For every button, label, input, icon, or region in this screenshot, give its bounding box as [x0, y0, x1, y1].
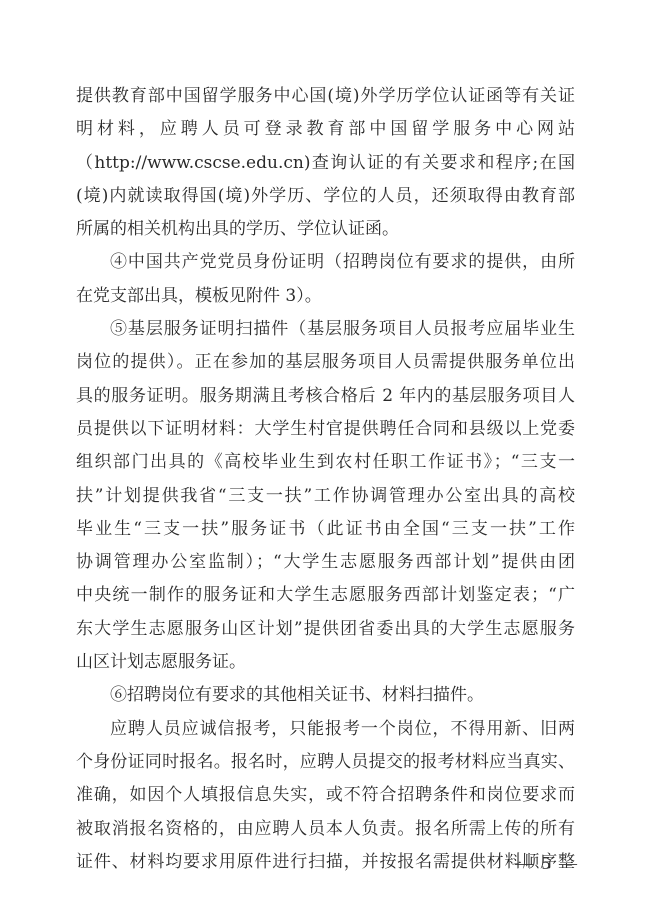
text-line: 山区计划志愿服务证。 — [76, 646, 575, 679]
text-line: 个身份证同时报名。报名时，应聘人员提交的报考材料应当真实、 — [76, 746, 575, 779]
text-line: 具的服务证明。服务期满且考核合格后 2 年内的基层服务项目人 — [76, 380, 575, 413]
text-line: ⑥招聘岗位有要求的其他相关证书、材料扫描件。 — [76, 679, 575, 712]
text-line: 证件、材料均要求用原件进行扫描，并按报名需提供材料顺序整 — [76, 846, 575, 879]
text-line: 被取消报名资格的，由应聘人员本人负责。报名所需上传的所有 — [76, 813, 575, 846]
text-line: 准确，如因个人填报信息失实，或不符合招聘条件和岗位要求而 — [76, 779, 575, 812]
text-line: ⑤基层服务证明扫描件（基层服务项目人员报考应届毕业生 — [76, 313, 575, 346]
text-line: 应聘人员应诚信报考，只能报考一个岗位，不得用新、旧两 — [76, 713, 575, 746]
document-body: 提供教育部中国留学服务中心国(境)外学历学位认证函等有关证明材料，应聘人员可登录… — [76, 80, 575, 879]
text-line: 岗位的提供）。正在参加的基层服务项目人员需提供服务单位出 — [76, 346, 575, 379]
text-line: 毕业生“三支一扶”服务证书（此证书由全国“三支一扶”工作 — [76, 513, 575, 546]
text-line: 员提供以下证明材料：大学生村官提供聘任合同和县级以上党委 — [76, 413, 575, 446]
text-line: 所属的相关机构出具的学历、学位认证函。 — [76, 213, 575, 246]
text-line: 提供教育部中国留学服务中心国(境)外学历学位认证函等有关证 — [76, 80, 575, 113]
text-line: 东大学生志愿服务山区计划”提供团省委出具的大学生志愿服务 — [76, 613, 575, 646]
text-line: ④中国共产党党员身份证明（招聘岗位有要求的提供，由所 — [76, 246, 575, 279]
text-line: 扶”计划提供我省“三支一扶”工作协调管理办公室出具的高校 — [76, 480, 575, 513]
text-line: （http://www.cscse.edu.cn)查询认证的有关要求和程序;在国 — [76, 147, 575, 180]
text-line: 在党支部出具，模板见附件 3）。 — [76, 280, 575, 313]
text-line: 中央统一制作的服务证和大学生志愿服务西部计划鉴定表；“广 — [76, 579, 575, 612]
text-line: (境)内就读取得国(境)外学历、学位的人员，还须取得由教育部 — [76, 180, 575, 213]
page-number: — 5 — — [512, 853, 582, 874]
text-line: 协调管理办公室监制）；“大学生志愿服务西部计划”提供由团 — [76, 546, 575, 579]
text-line: 明材料，应聘人员可登录教育部中国留学服务中心网站 — [76, 113, 575, 146]
text-line: 组织部门出具的《高校毕业生到农村任职工作证书》；“三支一 — [76, 446, 575, 479]
document-page: 提供教育部中国留学服务中心国(境)外学历学位认证函等有关证明材料，应聘人员可登录… — [0, 0, 650, 919]
